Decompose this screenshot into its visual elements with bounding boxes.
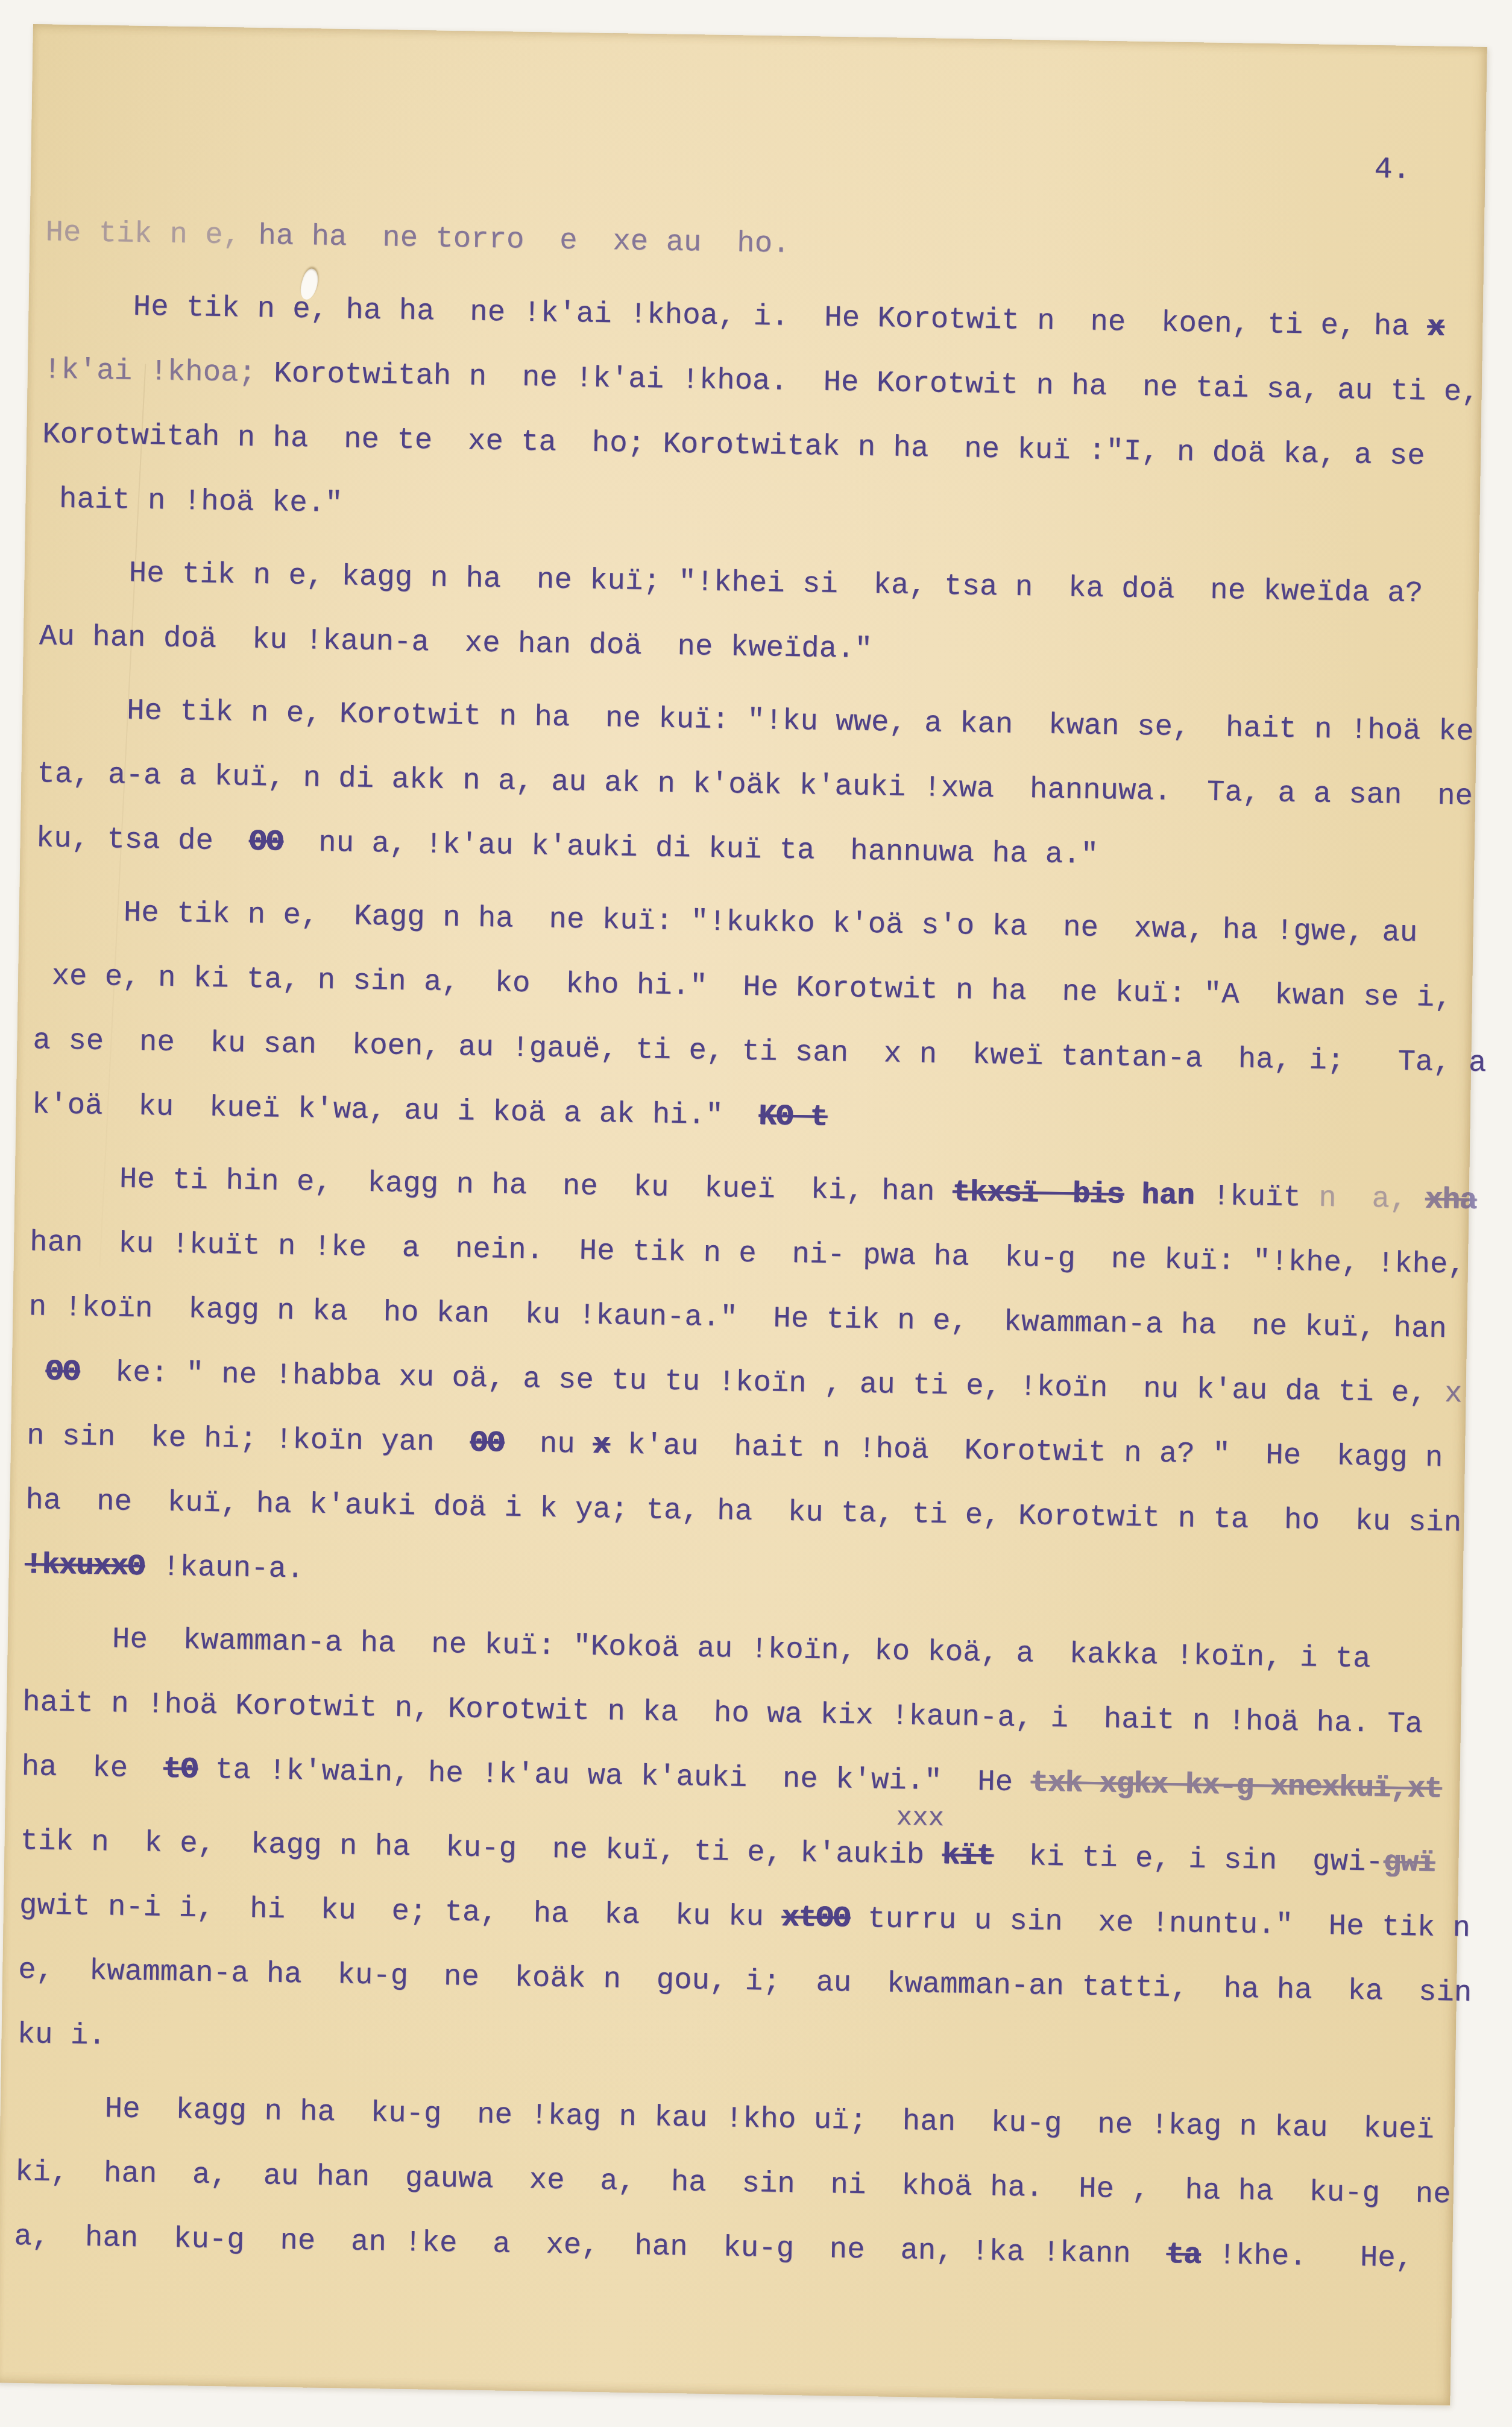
text-segment: k'au hait n !hoä Korotwit n a? " He kagg… xyxy=(610,1428,1443,1475)
scanner-background: { "page": { "number": "4." }, "colors": … xyxy=(0,0,1512,2427)
text-segment: He tik n e, xyxy=(45,215,241,252)
text-segment: ku, tsa de xyxy=(36,821,249,859)
text-segment: He tik n e, Korotwit n ha ne kuï: "!ku w… xyxy=(38,692,1474,748)
text-segment: ʘʘ xyxy=(470,1426,505,1460)
text-segment: ku i. xyxy=(17,2018,106,2053)
text-segment: He tik n e, Kagg n ha ne kuï: "!kukko k'… xyxy=(34,894,1417,950)
text-segment: gwï xyxy=(1383,1846,1435,1880)
text-block: He tik n e, ha ha ne torro e xe au ho. H… xyxy=(14,200,1500,2291)
page-number: 4. xyxy=(1374,153,1411,188)
text-segment: k'oä ku kueï k'wa, au i koä a ak hi." xyxy=(31,1088,758,1133)
text-segment: !kaun-a. xyxy=(144,1550,304,1586)
text-segment: ha ke xyxy=(21,1750,163,1786)
text-segment: tkxsï bis xyxy=(952,1175,1124,1211)
text-segment: n !koïn kagg n ka ho kan ku !kaun-a." He… xyxy=(28,1290,1447,1346)
text-segment: ki ti e, i sin gwi- xyxy=(993,1839,1384,1879)
text-segment: !kxuxxʘ xyxy=(24,1548,145,1583)
text-segment: Kʘ t xyxy=(758,1099,827,1134)
text-segment: !khe. He, xyxy=(1200,2238,1414,2276)
text-segment: He kagg n ha ku-g ne !kag n kau !kho uï;… xyxy=(16,2091,1434,2147)
text-segment: gwit n-i i, hi ku e; ta, ha ka ku ku xyxy=(19,1889,782,1934)
text-segment: ta !k'wain, he !k'au wa k'auki ne k'wi."… xyxy=(197,1753,1031,1800)
text-segment xyxy=(1407,1182,1425,1216)
text-segment: !k'ai !khoa; xyxy=(43,353,257,390)
text-segment: e, kwamman-a ha ku-g ne koäk n gou, i; a… xyxy=(18,1953,1472,2010)
text-segment: ha ne kuï, ha k'auki doä i k ya; ta, ha … xyxy=(25,1483,1461,1539)
typewritten-page: 4. He tik n e, ha ha ne torro e xe au ho… xyxy=(0,24,1487,2405)
text-segment: Korotwitah n ha ne te xe ta ho; Korotwit… xyxy=(42,417,1425,473)
text-segment: n a, xyxy=(1318,1181,1408,1216)
text-segment: xtʘʘ xyxy=(781,1901,850,1936)
text-segment: turru u sin xe !nuntu." He tik n xyxy=(849,1902,1470,1945)
text-segment: He kwamman-a ha ne kuï: "Kokoä au !koïn,… xyxy=(24,1621,1371,1676)
text-segment: Au han doä ku !kaun-a xe han doä ne kweï… xyxy=(39,619,873,666)
text-segment: han ku !kuït n !ke a nein. He tik n e ni… xyxy=(30,1225,1466,1281)
text-segment: He tik n e, kagg n ha ne kuï; "!khei si … xyxy=(40,555,1423,610)
text-segment: txk xgkx kx-g xnexkuï,xt xyxy=(1030,1766,1442,1806)
text-segment: kït xyxy=(942,1838,994,1873)
text-segment: ʘʘ xyxy=(248,825,283,859)
text-segment: !kuït xyxy=(1194,1179,1319,1215)
text-segment: He tik n e, ha ha ne !k'ai !khoa, i. He … xyxy=(44,288,1427,344)
text-segment: tʘ xyxy=(163,1752,198,1787)
text-segment: han xyxy=(1141,1178,1195,1213)
text-segment: hait n !hoä ke." xyxy=(41,482,343,520)
text-segment: ta xyxy=(1166,2238,1201,2272)
text-segment: ta, a-a a kuï, n di akk n a, au ak n k'o… xyxy=(37,757,1473,813)
text-line: He tik n e, ha ha ne torro e xe au ho. xyxy=(45,200,1500,288)
text-segment: xha xyxy=(1425,1183,1476,1217)
text-segment xyxy=(27,1354,45,1388)
text-segment: Korotwitah n ne !k'ai !khoa. He Korotwit… xyxy=(256,356,1479,409)
text-segment: nu xyxy=(504,1427,593,1462)
text-segment: xe e, n ki ta, n sin a, ko kho hi." He K… xyxy=(34,959,1452,1015)
text-segment: x xyxy=(1444,1377,1463,1410)
text-segment: a, han ku-g ne an !ke a xe, han ku-g ne … xyxy=(14,2220,1167,2271)
text-segment: ke: " ne !habba xu oä, a se tu tu !koïn … xyxy=(80,1355,1445,1410)
text-segment: x xyxy=(1427,310,1444,344)
text-segment: ʘʘ xyxy=(45,1355,80,1389)
text-segment: nu a, !k'au k'auki di kuï ta hannuwa ha … xyxy=(283,825,1098,872)
text-segment: He ti hin e, kagg n ha ne ku kueï ki, ha… xyxy=(31,1161,953,1209)
text-segment: x xyxy=(593,1428,610,1462)
text-segment xyxy=(1123,1178,1141,1212)
text-segment: n sin ke hi; !koïn yan xyxy=(27,1419,470,1460)
text-segment: ha ha ne torro e xe au ho. xyxy=(241,218,790,260)
text-segment: ki, han a, au han gauwa xe a, ha sin ni … xyxy=(15,2155,1451,2211)
text-segment: hait n !hoä Korotwit n, Korotwit n ka ho… xyxy=(22,1685,1423,1741)
text-segment: a se ne ku san koen, au !gauë, ti e, ti … xyxy=(33,1023,1487,1080)
